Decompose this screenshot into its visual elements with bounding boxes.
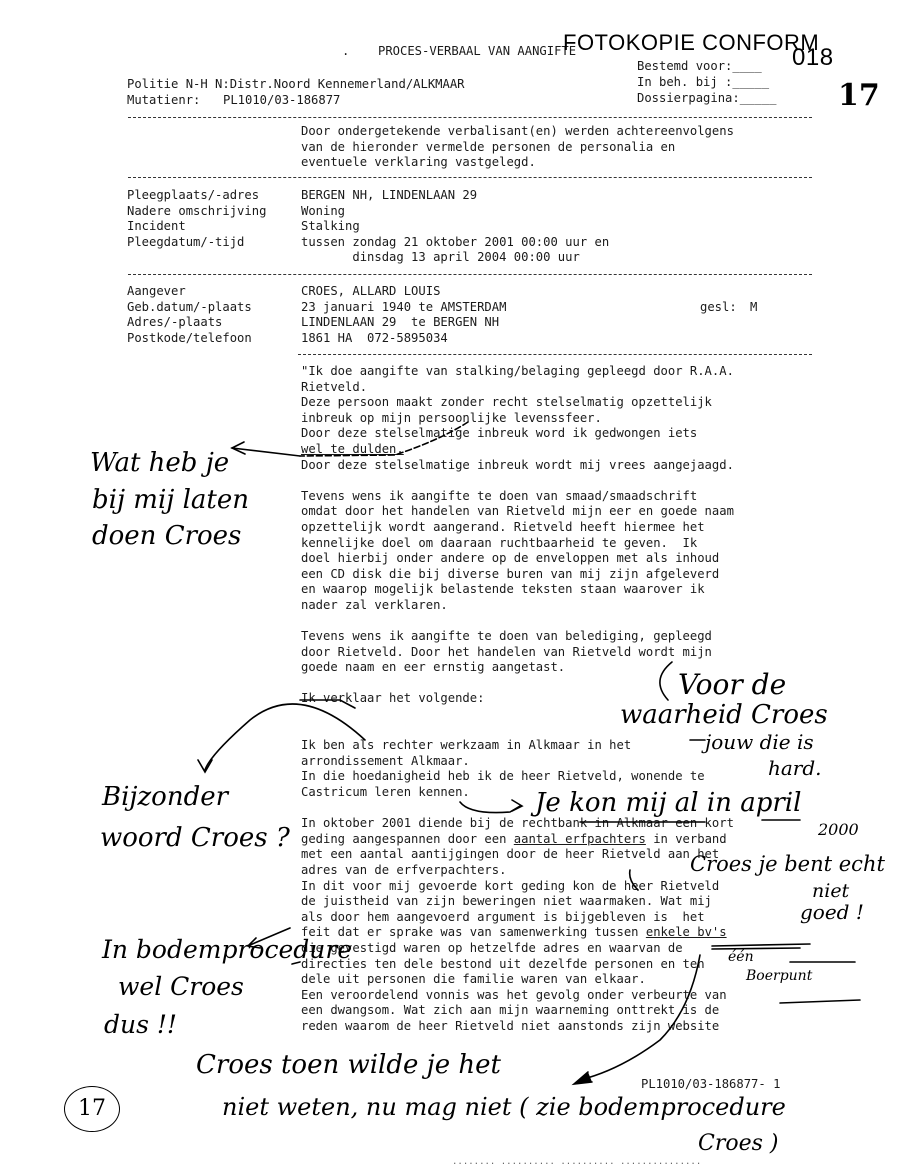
arrow-head-icon <box>574 1072 592 1084</box>
arrow-line <box>580 955 700 1080</box>
pen-marks <box>0 0 900 1172</box>
arrow-line <box>250 928 290 945</box>
arrow-line <box>205 704 365 770</box>
arrow-line <box>630 870 638 890</box>
arrow-line <box>460 802 520 813</box>
arrow-line <box>300 422 468 456</box>
arrow-line <box>660 662 672 700</box>
